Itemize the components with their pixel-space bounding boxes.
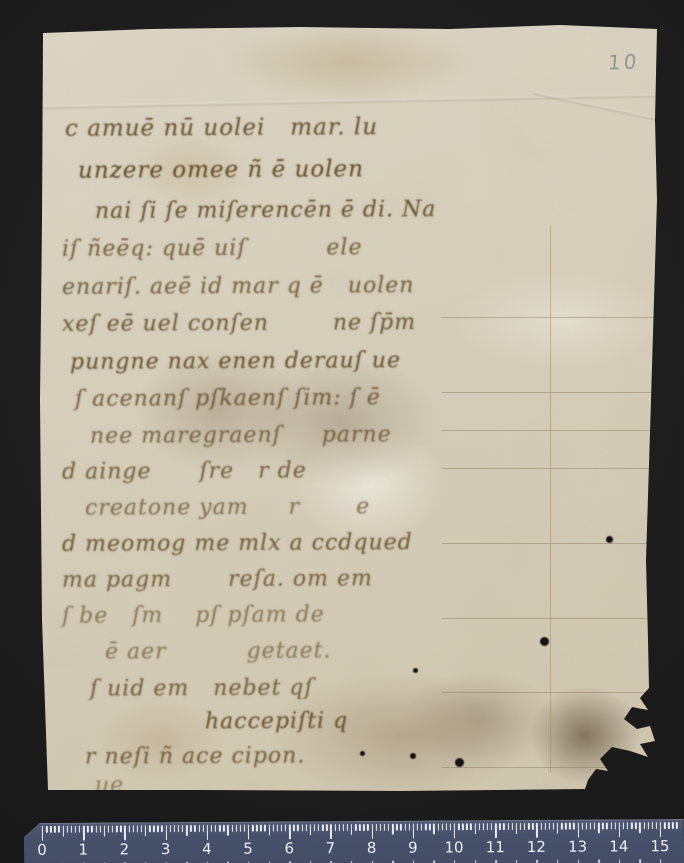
ruler-tick bbox=[507, 823, 508, 830]
ruler-tick bbox=[42, 826, 43, 841]
ruler-tick bbox=[149, 825, 150, 832]
ruler-tick bbox=[524, 823, 525, 830]
ruler-tick bbox=[260, 825, 261, 832]
ruler-tick bbox=[306, 824, 307, 831]
ruler-label: 0 bbox=[37, 843, 47, 858]
ruler-bottom-tick bbox=[639, 859, 640, 863]
ruler-tick bbox=[536, 823, 537, 838]
ruler-tick bbox=[277, 824, 278, 831]
ruler-tick bbox=[462, 823, 463, 830]
ruler-tick bbox=[672, 822, 673, 829]
ruler-tick bbox=[343, 824, 344, 831]
ruler-bottom-tick bbox=[578, 860, 579, 863]
manuscript-text-line: ſ acenanſ pſkaenſ ſim: ſ ē bbox=[75, 385, 381, 412]
ruler-tick bbox=[627, 822, 628, 829]
ruler-tick bbox=[594, 823, 595, 830]
wormhole-spot bbox=[540, 637, 549, 646]
ruler-tick bbox=[285, 824, 286, 831]
ruler-tick bbox=[487, 823, 488, 830]
manuscript-text-line: haccepiſti q bbox=[205, 709, 348, 735]
ruler-tick bbox=[128, 825, 129, 832]
ruler-tick bbox=[301, 824, 302, 831]
wormhole-spot bbox=[606, 536, 613, 543]
ruler-tick bbox=[367, 824, 368, 831]
ruler-tick bbox=[141, 825, 142, 832]
ruler-label: 8 bbox=[367, 841, 377, 856]
ruler-tick bbox=[615, 822, 616, 829]
ruler-label: 11 bbox=[486, 840, 505, 855]
ruler-tick bbox=[384, 824, 385, 831]
ruler-tick bbox=[46, 826, 47, 833]
ruler-tick bbox=[409, 824, 410, 831]
ruler-tick bbox=[133, 825, 134, 832]
ruler-tick bbox=[223, 825, 224, 832]
ruler-tick bbox=[67, 826, 68, 833]
ruler-tick bbox=[458, 823, 459, 830]
ruler-tick bbox=[297, 824, 298, 831]
ruler-label: 9 bbox=[408, 841, 418, 856]
ruler-tick bbox=[273, 824, 274, 831]
ink-spot bbox=[410, 753, 416, 759]
ruler-tick bbox=[112, 825, 113, 832]
ruler-tick bbox=[178, 825, 179, 832]
ruler-tick bbox=[470, 823, 471, 830]
ruler-label: 3 bbox=[161, 842, 171, 857]
ruler-tick bbox=[231, 825, 232, 832]
ruler-tick bbox=[157, 825, 158, 832]
ruler-tick bbox=[170, 825, 171, 832]
ruler-tick bbox=[635, 822, 636, 829]
manuscript-text-line: ue bbox=[95, 773, 124, 798]
ruler-tick bbox=[474, 823, 475, 834]
ruler-tick bbox=[371, 824, 372, 839]
ruler-tick bbox=[289, 824, 290, 839]
ruler-tick bbox=[116, 825, 117, 832]
ruler-tick bbox=[310, 824, 311, 835]
ruler-tick bbox=[610, 822, 611, 829]
ruler-tick bbox=[318, 824, 319, 831]
ruler-tick bbox=[62, 826, 63, 837]
ruler-tick bbox=[186, 825, 187, 836]
ruler-tick bbox=[676, 822, 677, 829]
ruler-tick bbox=[441, 823, 442, 830]
ruler-tick bbox=[495, 823, 496, 838]
ruler-tick bbox=[124, 825, 125, 840]
ruler-tick bbox=[544, 823, 545, 830]
ruler-tick bbox=[190, 825, 191, 832]
ruler-tick bbox=[71, 826, 72, 833]
ruler-tick bbox=[293, 824, 294, 831]
ruler-tick bbox=[553, 823, 554, 830]
manuscript-text-line: unzere omee ñ ē uolen bbox=[78, 156, 364, 183]
ruler-label: 13 bbox=[568, 840, 587, 855]
ruler-tick bbox=[429, 824, 430, 831]
ruler-tick bbox=[499, 823, 500, 830]
manuscript-text-layer: c amuē nū uolei mar. luunzere omee ñ ē u… bbox=[40, 20, 662, 792]
ruler-label: 5 bbox=[243, 842, 253, 857]
ruler-tick bbox=[396, 824, 397, 831]
ruler-tick bbox=[54, 826, 55, 833]
ruler-tick bbox=[582, 823, 583, 830]
ruler-label: 7 bbox=[326, 841, 336, 856]
ruler-tick bbox=[363, 824, 364, 831]
ruler-tick bbox=[664, 822, 665, 829]
ruler-tick bbox=[586, 823, 587, 830]
ruler-tick bbox=[326, 824, 327, 831]
ruler-tick bbox=[264, 825, 265, 832]
ruler-label: 14 bbox=[609, 839, 628, 854]
ruler-tick bbox=[347, 824, 348, 831]
ink-spot bbox=[360, 751, 365, 756]
ruler-tick bbox=[652, 822, 653, 829]
ruler-tick bbox=[83, 826, 84, 841]
ruler-tick bbox=[516, 823, 517, 834]
ruler-tick bbox=[532, 823, 533, 830]
ruler-tick bbox=[75, 826, 76, 833]
manuscript-text-line: ſ be ſm pſ pſam de bbox=[62, 602, 325, 628]
ruler-tick bbox=[433, 824, 434, 835]
ruler-tick bbox=[145, 825, 146, 836]
manuscript-text-line: nai ſi ſe miſerencēn ē di. Na bbox=[95, 197, 437, 224]
manuscript-text-line: r neſi ñ ace cipon. bbox=[85, 743, 305, 769]
wormhole-spot bbox=[455, 758, 464, 767]
ruler-tick bbox=[656, 822, 657, 829]
ruler-tick bbox=[215, 825, 216, 832]
ruler-tick bbox=[404, 824, 405, 831]
ruler-tick bbox=[643, 822, 644, 829]
ruler-tick bbox=[388, 824, 389, 831]
ruler-tick bbox=[577, 823, 578, 838]
ruler-tick bbox=[219, 825, 220, 832]
ruler-tick bbox=[207, 825, 208, 840]
ruler-tick bbox=[569, 823, 570, 830]
ruler-tick bbox=[623, 822, 624, 829]
ruler-tick bbox=[466, 823, 467, 830]
manuscript-text-line: nee maregraenſ parne bbox=[90, 422, 392, 449]
ruler-tick bbox=[446, 823, 447, 830]
manuscript-text-line: iſ ñeēq: quē uiſ ele bbox=[62, 235, 363, 262]
ruler-tick bbox=[182, 825, 183, 832]
ruler-tick bbox=[100, 826, 101, 833]
ruler-tick bbox=[437, 823, 438, 830]
ruler-tick bbox=[174, 825, 175, 832]
ruler-tick bbox=[479, 823, 480, 830]
ruler-tick bbox=[227, 825, 228, 836]
ruler-tick bbox=[647, 822, 648, 829]
ruler-bottom-tick bbox=[619, 859, 620, 863]
ruler-tick bbox=[240, 825, 241, 832]
ruler-tick bbox=[95, 826, 96, 833]
ruler-tick bbox=[549, 823, 550, 830]
manuscript-text-line: d ainge ſre r de bbox=[62, 458, 307, 484]
ruler-tick bbox=[392, 824, 393, 835]
ruler-tick bbox=[256, 825, 257, 832]
ruler-tick bbox=[557, 823, 558, 834]
ruler-tick bbox=[314, 824, 315, 831]
ruler-tick bbox=[619, 822, 620, 837]
ruler-tick bbox=[450, 823, 451, 830]
ruler-tick bbox=[598, 823, 599, 834]
ruler-tick bbox=[503, 823, 504, 830]
ruler-tick bbox=[236, 825, 237, 832]
ruler-tick bbox=[491, 823, 492, 830]
ruler-tick bbox=[165, 825, 166, 840]
ruler-tick bbox=[194, 825, 195, 832]
ruler-tick bbox=[268, 825, 269, 836]
manuscript-text-line: xeſ eē uel conſen ne ſp̄m bbox=[62, 310, 416, 337]
ruler-tick bbox=[668, 822, 669, 829]
ruler-tick bbox=[108, 825, 109, 832]
ruler-tick bbox=[565, 823, 566, 830]
manuscript-text-line: c amuē nū uolei mar. lu bbox=[65, 114, 378, 142]
ruler-tick bbox=[137, 825, 138, 832]
ruler-tick bbox=[561, 823, 562, 830]
ruler-tick bbox=[355, 824, 356, 831]
ruler-label: 2 bbox=[120, 842, 130, 857]
ruler-label: 1 bbox=[78, 843, 88, 858]
ruler: 0123456789101112131415 bbox=[24, 819, 684, 863]
ruler-tick bbox=[359, 824, 360, 831]
ink-spot bbox=[413, 668, 418, 673]
manuscript-text-line: ē aer getaet. bbox=[105, 638, 332, 664]
ruler-tick bbox=[590, 823, 591, 830]
ruler-tick bbox=[400, 824, 401, 831]
ruler-tick bbox=[58, 826, 59, 833]
ruler-tick bbox=[153, 825, 154, 832]
ruler-bottom-tick bbox=[660, 859, 661, 863]
ruler-tick bbox=[50, 826, 51, 833]
ruler-tick bbox=[203, 825, 204, 832]
ruler-tick bbox=[330, 824, 331, 839]
ruler-tick bbox=[483, 823, 484, 830]
ruler-bottom-tick bbox=[598, 859, 599, 863]
ruler-tick bbox=[454, 823, 455, 838]
ruler-tick bbox=[161, 825, 162, 832]
ruler-tick bbox=[339, 824, 340, 831]
ruler-tick bbox=[198, 825, 199, 832]
ruler-tick bbox=[380, 824, 381, 831]
ruler-label: 15 bbox=[650, 839, 669, 854]
ruler-tick bbox=[334, 824, 335, 831]
ruler-label: 4 bbox=[202, 842, 212, 857]
ruler-tick bbox=[244, 825, 245, 832]
ruler-tick bbox=[417, 824, 418, 831]
ruler-tick bbox=[79, 826, 80, 833]
ruler-tick bbox=[91, 826, 92, 833]
manuscript-text-line: ma pagm reſa. om em bbox=[62, 566, 373, 593]
ruler-label: 6 bbox=[284, 841, 294, 856]
manuscript-text-line: ſ uid em nebet qſ bbox=[90, 675, 314, 701]
ruler-tick bbox=[512, 823, 513, 830]
ruler-tick bbox=[540, 823, 541, 830]
ruler-label: 10 bbox=[444, 840, 463, 855]
ruler-tick bbox=[252, 825, 253, 832]
manuscript-text-line: creatone yam r e bbox=[85, 494, 370, 520]
ruler-tick bbox=[602, 822, 603, 829]
ruler-tick bbox=[421, 824, 422, 831]
ruler-tick bbox=[376, 824, 377, 831]
ruler-tick bbox=[322, 824, 323, 831]
manuscript-text-line: d meomog me mlx a ccdqued bbox=[62, 530, 413, 557]
ruler-tick bbox=[425, 824, 426, 831]
ruler-tick bbox=[211, 825, 212, 832]
ruler-tick bbox=[104, 826, 105, 837]
manuscript-text-line: enariſ. aeē id mar q ē uolen bbox=[62, 273, 415, 300]
ruler-tick bbox=[639, 822, 640, 833]
ruler-tick bbox=[528, 823, 529, 830]
folio-number: 10 bbox=[607, 49, 640, 74]
ruler-tick bbox=[606, 822, 607, 829]
ruler-tick bbox=[573, 823, 574, 830]
ruler-tick bbox=[248, 825, 249, 840]
photograph: c amuē nū uolei mar. luunzere omee ñ ē u… bbox=[0, 0, 684, 863]
ruler-tick bbox=[281, 824, 282, 831]
ruler-tick bbox=[631, 822, 632, 829]
ruler-tick bbox=[120, 825, 121, 832]
manuscript-text-line: pungne nax enen derauſ ue bbox=[70, 348, 401, 375]
ruler-label: 12 bbox=[527, 840, 546, 855]
ruler-tick bbox=[520, 823, 521, 830]
ruler-tick bbox=[660, 822, 661, 837]
ruler-tick bbox=[351, 824, 352, 835]
manuscript-page: c amuē nū uolei mar. luunzere omee ñ ē u… bbox=[40, 20, 662, 792]
ruler-tick bbox=[413, 824, 414, 839]
ruler-tick bbox=[87, 826, 88, 833]
